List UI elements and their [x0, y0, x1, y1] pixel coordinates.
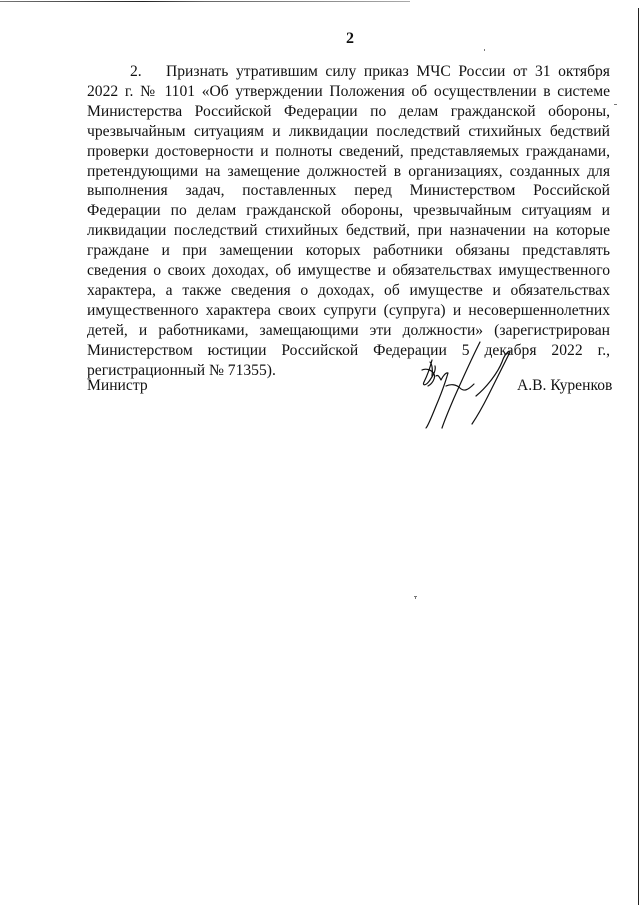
- scan-top-edge: [0, 1, 410, 2]
- scan-right-edge: [638, 8, 639, 905]
- scan-speck: [415, 597, 416, 599]
- scan-speck: [484, 49, 485, 51]
- signature-icon: [410, 340, 530, 430]
- paragraph-number: 2.: [130, 62, 166, 82]
- paragraph-2: 2.Признать утратившим силу приказ МЧС Ро…: [87, 62, 610, 381]
- signatory-name: А.В. Куренков: [517, 377, 612, 395]
- page-number: 2: [0, 30, 640, 48]
- paragraph-text: Признать утратившим силу приказ МЧС Росс…: [87, 63, 610, 379]
- position-title: Министр: [87, 377, 148, 395]
- scan-speck: [614, 104, 617, 105]
